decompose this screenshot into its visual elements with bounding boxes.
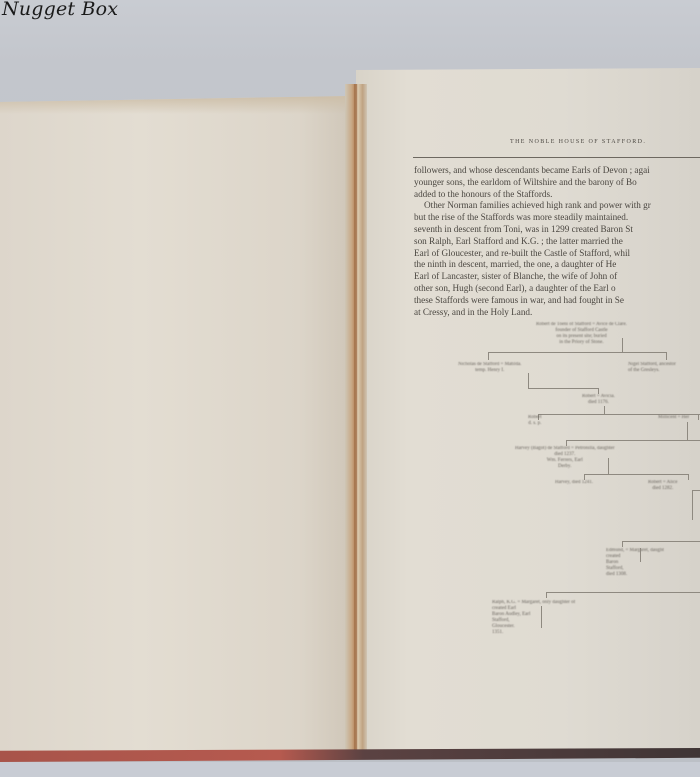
text-line: seventh in descent from Toni, was in 129… bbox=[414, 224, 700, 236]
tree-connector bbox=[528, 388, 598, 389]
tree-connector bbox=[692, 490, 700, 491]
tree-connector bbox=[622, 541, 623, 547]
text-line: son Ralph, Earl Stafford and K.G. ; the … bbox=[414, 236, 700, 248]
header-rule bbox=[413, 157, 700, 158]
tree-root: Robert de Toeni of Stafford = Avice de C… bbox=[536, 322, 627, 346]
table-surface bbox=[0, 762, 700, 777]
tree-connector bbox=[698, 414, 699, 420]
tree-connector bbox=[688, 474, 689, 480]
tree-connector bbox=[488, 352, 489, 360]
body-paragraph: followers, and whose descendants became … bbox=[414, 165, 700, 318]
text-line: these Staffords were famous in war, and … bbox=[414, 295, 700, 307]
tree-gen6-left: Harvey, died 1241. bbox=[555, 480, 593, 486]
tree-gen4-left: Robertd. s. p. bbox=[528, 415, 542, 427]
tree-connector bbox=[604, 406, 605, 414]
running-head: THE NOBLE HOUSE OF STAFFORD. bbox=[510, 139, 646, 145]
tree-gen8: Ralph, K.G. = Margaret, only daughter of… bbox=[492, 600, 575, 636]
tree-connector bbox=[546, 592, 700, 593]
text-line: Earl of Gloucester, and re-built the Cas… bbox=[414, 248, 700, 260]
tree-gen2-left: Nicholas de Stafford = Matilda.temp. Hen… bbox=[458, 362, 521, 374]
text-line: the ninth in descent, married, the one, … bbox=[414, 259, 700, 271]
text-line: but the rise of the Staffords was more s… bbox=[414, 212, 700, 224]
tree-gen2-right: Nigel Stafford, ancestorof the Gresleys. bbox=[628, 362, 676, 374]
left-page bbox=[0, 96, 352, 756]
watermark: Nugget Box bbox=[2, 0, 118, 20]
tree-gen4-right: Millicent = Her bbox=[658, 415, 689, 421]
text-line: younger sons, the earldom of Wiltshire a… bbox=[414, 177, 700, 189]
tree-connector bbox=[488, 352, 666, 353]
text-line: followers, and whose descendants became … bbox=[414, 165, 700, 177]
tree-connector bbox=[608, 458, 609, 474]
text-line: Other Norman families achieved high rank… bbox=[414, 200, 700, 212]
tree-connector bbox=[640, 548, 641, 562]
tree-gen3: Robert = Avicia.died 1176. bbox=[582, 394, 615, 406]
tree-gen6-right: Robert = Alicedied 1282. bbox=[648, 480, 677, 492]
tree-connector bbox=[692, 490, 693, 520]
tree-connector bbox=[622, 541, 700, 542]
tree-connector bbox=[584, 474, 688, 475]
text-line: added to the honours of the Staffords. bbox=[414, 189, 700, 201]
tree-gen5-left: Harvey (Bagot) de Stafford = Petronilla,… bbox=[515, 446, 615, 470]
tree-connector bbox=[622, 338, 623, 352]
text-line: at Cressy, and in the Holy Land. bbox=[414, 307, 700, 319]
spine-stitching bbox=[354, 84, 357, 754]
text-line: Earl of Lancaster, sister of Blanche, th… bbox=[414, 271, 700, 283]
tree-connector bbox=[687, 422, 688, 440]
tree-connector bbox=[528, 373, 529, 388]
text-line: other son, Hugh (second Earl), a daughte… bbox=[414, 283, 700, 295]
tree-connector bbox=[566, 440, 700, 441]
tree-gen7: Edmund, = Margaret, daughtcreatedBaronSt… bbox=[606, 548, 664, 578]
tree-connector bbox=[541, 606, 542, 628]
tree-connector bbox=[666, 352, 667, 360]
